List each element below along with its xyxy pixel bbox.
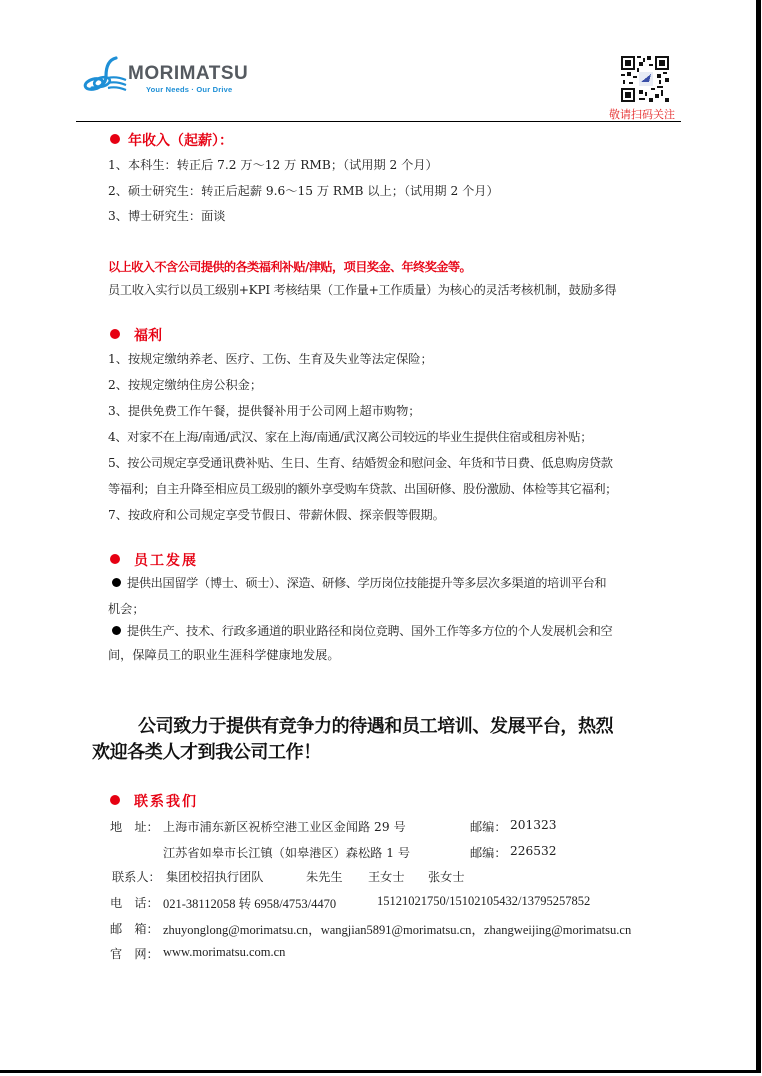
benefit-item: 2、按规定缴纳住房公积金； <box>108 376 262 393</box>
document-page: MORIMATSU Your Needs · Our Drive 敬请扫码关注 <box>0 0 761 1073</box>
logo-brand-name: MORIMATSU <box>128 63 248 85</box>
benefit-item: 1、按规定缴纳养老、医疗、工伤、生育及失业等法定保险； <box>108 350 433 367</box>
phone-mobile[interactable]: 15121021750/15102105432/13795257852 <box>377 894 590 909</box>
development-title: 员工发展 <box>134 553 198 569</box>
benefit-item: 4、对家不在上海/南通/武汉、家在上海/南通/武汉离公司较远的毕业生提供住宿或租… <box>108 428 592 445</box>
development-item: 提供生产、技术、行政多通道的职业路径和岗位竞聘、国外工作等多方位的个人发展机会和… <box>112 622 612 639</box>
development-item-text: 提供出国留学（博士、硕士）、深造、研修、学历岗位技能提升等多层次多渠道的培训平台… <box>127 576 606 590</box>
zip-label: 邮编： <box>470 844 507 861</box>
section-heading-salary: 年收入（起薪）： <box>110 130 233 150</box>
address-rugao: 江苏省如皋市长江镇（如皋港区）森松路 1 号 <box>163 844 410 861</box>
email-link[interactable]: zhuyonglong@morimatsu.cn <box>163 923 308 937</box>
email-link[interactable]: zhangweijing@morimatsu.cn <box>484 923 631 937</box>
salary-kpi-note: 员工收入实行以员工级别+KPI 考核结果（工作量+工作质量）为核心的灵活考核机制… <box>108 281 616 298</box>
contact-title: 联系我们 <box>134 794 198 810</box>
black-bullet-icon <box>112 626 121 635</box>
contacts-label: 联系人： <box>112 868 161 885</box>
website-link[interactable]: www.morimatsu.com.cn <box>163 945 285 960</box>
section-heading-contact: 联系我们 <box>110 791 198 811</box>
contact-team: 集团校招执行团队 <box>166 868 264 885</box>
red-bullet-icon <box>110 134 120 144</box>
benefit-item: 3、提供免费工作午餐，提供餐补用于公司网上超市购物； <box>108 402 420 419</box>
contact-person: 朱先生 <box>306 868 343 885</box>
email-separator: ， <box>308 923 321 937</box>
header-divider <box>76 121 681 122</box>
website-label: 官 网： <box>110 945 159 962</box>
salary-title: 年收入（起薪）： <box>128 133 233 149</box>
address-shanghai: 上海市浦东新区祝桥空港工业区金闻路 29 号 <box>163 818 406 835</box>
salary-item: 1、本科生：转正后 7.2 万～12 万 RMB；（试用期 2 个月） <box>108 156 438 173</box>
contact-person: 张女士 <box>428 868 465 885</box>
address-label: 地 址： <box>110 818 159 835</box>
contact-person: 王女士 <box>368 868 405 885</box>
phone-office[interactable]: 021-38112058 转 6958/4753/4470 <box>163 894 336 912</box>
black-bullet-icon <box>112 578 121 587</box>
email-label: 邮 箱： <box>110 920 159 937</box>
wave-logo-icon <box>82 54 128 98</box>
salary-item: 2、硕士研究生：转正后起薪 9.6～15 万 RMB 以上；（试用期 2 个月） <box>108 182 499 199</box>
benefit-item: 等福利；自主升降至相应员工级别的额外享受购车贷款、出国研修、股份激励、体检等其它… <box>108 480 617 497</box>
email-links: zhuyonglong@morimatsu.cn，wangjian5891@mo… <box>163 920 631 938</box>
qr-code[interactable] <box>619 54 671 104</box>
development-item-text: 提供生产、技术、行政多通道的职业路径和岗位竞聘、国外工作等多方位的个人发展机会和… <box>127 624 612 638</box>
section-heading-benefits: 福利 <box>110 325 162 345</box>
development-item-continuation: 机会； <box>108 600 145 617</box>
email-link[interactable]: wangjian5891@morimatsu.cn <box>321 923 472 937</box>
email-separator: ， <box>471 923 484 937</box>
closing-statement-line1: 公司致力于提供有竞争力的待遇和员工培训、发展平台，热烈 <box>138 712 613 738</box>
closing-statement-line2: 欢迎各类人才到我公司工作！ <box>92 738 321 764</box>
benefit-item: 7、按政府和公司规定享受节假日、带薪休假、探亲假等假期。 <box>108 506 445 523</box>
company-logo: MORIMATSU Your Needs · Our Drive <box>82 52 272 102</box>
section-heading-development: 员工发展 <box>110 550 198 570</box>
red-bullet-icon <box>110 795 120 805</box>
qr-caption: 敬请扫码关注 <box>609 106 675 122</box>
development-item-continuation: 间，保障员工的职业生涯科学健康地发展。 <box>108 646 340 663</box>
salary-exclusion-note: 以上收入不含公司提供的各类福利补贴/津贴，项目奖金、年终奖金等。 <box>108 258 471 275</box>
red-bullet-icon <box>110 554 120 564</box>
development-item: 提供出国留学（博士、硕士）、深造、研修、学历岗位技能提升等多层次多渠道的培训平台… <box>112 574 606 591</box>
benefit-item: 5、按公司规定享受通讯费补贴、生日、生育、结婚贺金和慰问金、年货和节日费、低息购… <box>108 454 613 471</box>
salary-item: 3、博士研究生：面谈 <box>108 207 225 224</box>
zip-rugao: 226532 <box>510 844 557 858</box>
zip-shanghai: 201323 <box>510 818 557 832</box>
phone-label: 电 话： <box>110 894 159 911</box>
qr-code-icon <box>619 54 671 104</box>
benefits-title: 福利 <box>134 328 162 344</box>
red-bullet-icon <box>110 329 120 339</box>
zip-label: 邮编： <box>470 818 507 835</box>
logo-tagline: Your Needs · Our Drive <box>146 85 232 94</box>
